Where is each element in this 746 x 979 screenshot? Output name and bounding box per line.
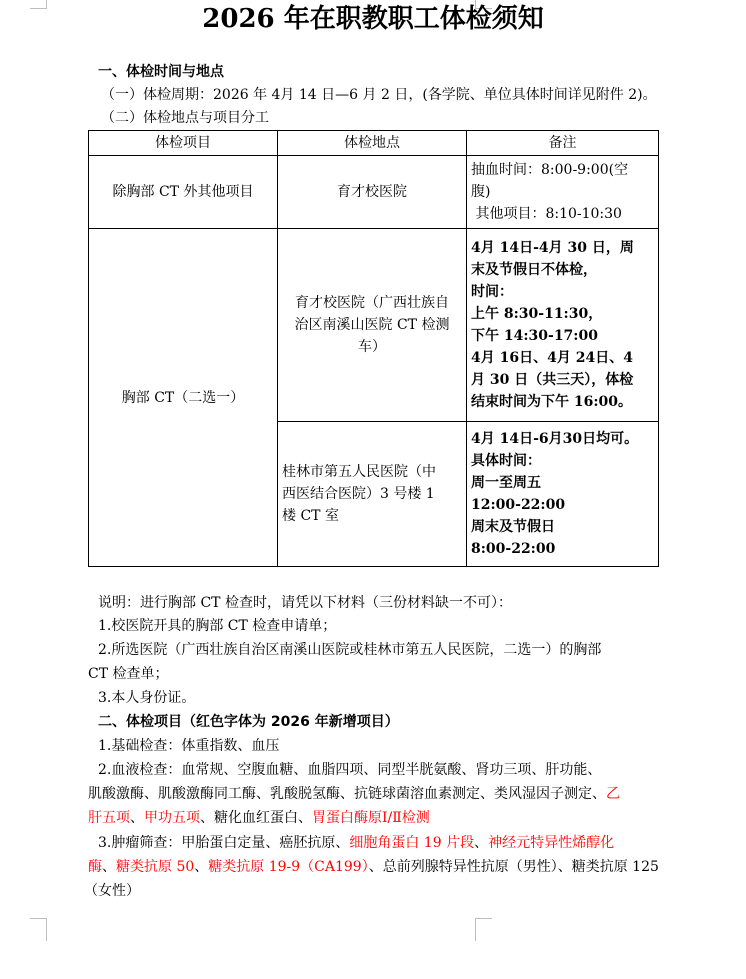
location-line: 桂林市第五人民医院（中	[282, 461, 462, 483]
note-line: 其他项目：8:10-10:30	[471, 203, 654, 225]
new-item-text: 酶	[88, 859, 102, 875]
table-row: 胸部 CT（二选一） 育才校医院（广西壮族自 治区南溪山医院 CT 检测 车） …	[89, 229, 659, 422]
note-line: 8:00-22:00	[471, 538, 654, 560]
note-line: 周一至周五	[471, 472, 654, 494]
note-line: 上午 8:30-11:30，	[471, 303, 654, 325]
notes-cell: 4月 14日-4月 30 日，周 末及节假日不体检， 时间： 上午 8:30-1…	[467, 229, 659, 422]
note-line: 4月 14日-6月30日均可。	[471, 428, 654, 450]
exam-period: （一）体检周期：2026 年 4月 14 日—6 月 2 日，(各学院、单位具体…	[101, 84, 657, 106]
note-line: 结束时间为下午 16:00。	[471, 391, 654, 413]
header-cell: 备注	[467, 131, 659, 156]
note-line: 周末及节假日	[471, 516, 654, 538]
note-line: 下午 14:30-17:00	[471, 325, 654, 347]
ct-material-item: 2.所选医院（广西壮族自治区南溪山医院或桂林市第五人民医院，二选一）的胸部	[98, 639, 601, 661]
note-line: 时间：	[471, 281, 654, 303]
new-item-text: 甲功五项	[144, 810, 200, 826]
exam-item-cell: 胸部 CT（二选一）	[89, 229, 278, 567]
location-line: 治区南溪山医院 CT 检测	[282, 314, 462, 336]
note-line: 4月 14日-4月 30 日，周	[471, 237, 654, 259]
new-item-text: 神经元特异性烯醇化	[488, 835, 614, 851]
new-item-text: 肝五项	[88, 810, 130, 826]
note-line: 4月 16日、4月 24日、4	[471, 347, 654, 369]
exam-location-cell: 育才校医院	[278, 156, 467, 229]
new-item-text: 胃蛋白酶原Ⅰ/Ⅱ检测	[312, 810, 430, 826]
section1-heading: 一、体检时间与地点	[98, 61, 224, 83]
new-item-text: 细胞角蛋白 19 片段	[349, 835, 474, 851]
location-line: 楼 CT 室	[282, 505, 462, 527]
table-row: 除胸部 CT 外其他项目 育才校医院 抽血时间：8:00-9:00(空 腹) 其…	[89, 156, 659, 229]
notes-cell: 4月 14日-6月30日均可。 具体时间： 周一至周五 12:00-22:00 …	[467, 422, 659, 567]
location-line: 车）	[282, 336, 462, 358]
note-line: 抽血时间：8:00-9:00(空	[471, 159, 654, 181]
blood-exam-line: 肌酸激酶、肌酸激酶同工酶、乳酸脱氢酶、抗链球菌溶血素测定、类风湿因子测定、乙	[88, 783, 620, 805]
note-line: 月 30 日（共三天），体检	[471, 369, 654, 391]
new-item-text: 糖类抗原 50	[116, 859, 194, 875]
table-header-row: 体检项目 体检地点 备注	[89, 131, 659, 156]
tumor-screen-line: 酶、糖类抗原 50、糖类抗原 19-9（CA199）、总前列腺特异性抗原（男性）…	[88, 856, 659, 878]
note-line: 12:00-22:00	[471, 494, 654, 516]
exam-location-table: 体检项目 体检地点 备注 除胸部 CT 外其他项目 育才校医院 抽血时间：8:0…	[88, 130, 659, 567]
exam-item-cell: 除胸部 CT 外其他项目	[89, 156, 278, 229]
exam-location-cell: 育才校医院（广西壮族自 治区南溪山医院 CT 检测 车）	[278, 229, 467, 422]
section2-heading: 二、体检项目（红色字体为 2026 年新增项目）	[98, 711, 399, 733]
new-item-text: 糖类抗原 19-9（CA199）	[208, 859, 368, 875]
page-corner-mark	[475, 918, 492, 941]
header-cell: 体检地点	[278, 131, 467, 156]
blood-exam-line: 2.血液检查：血常规、空腹血糖、血脂四项、同型半胱氨酸、肾功三项、肝功能、	[98, 759, 601, 781]
section1-subheading: （二）体检地点与项目分工	[101, 107, 269, 129]
ct-material-item: 1.校医院开具的胸部 CT 检查申请单；	[98, 615, 336, 637]
document-title: 2026 年在职教职工体检须知	[0, 0, 746, 38]
blood-exam-line: 肝五项、甲功五项、糖化血红蛋白、胃蛋白酶原Ⅰ/Ⅱ检测	[88, 807, 430, 829]
new-item-text: 乙	[606, 786, 620, 802]
basic-exam-item: 1.基础检查：体重指数、血压	[98, 735, 279, 757]
exam-location-cell: 桂林市第五人民医院（中 西医结合医院）3 号楼 1 楼 CT 室	[278, 422, 467, 567]
ct-material-item-cont: CT 检查单；	[88, 663, 169, 685]
note-line: 具体时间：	[471, 450, 654, 472]
notes-cell: 抽血时间：8:00-9:00(空 腹) 其他项目：8:10-10:30	[467, 156, 659, 229]
ct-material-item: 3.本人身份证。	[98, 687, 195, 709]
tumor-screen-line: 3.肿瘤筛查：甲胎蛋白定量、癌胚抗原、细胞角蛋白 19 片段、神经元特异性烯醇化	[98, 832, 614, 854]
tumor-screen-line: （女性）	[84, 880, 140, 902]
note-line: 末及节假日不体检，	[471, 259, 654, 281]
page-corner-mark	[30, 918, 47, 941]
header-cell: 体检项目	[89, 131, 278, 156]
location-line: 育才校医院（广西壮族自	[282, 292, 462, 314]
ct-materials-intro: 说明：进行胸部 CT 检查时，请凭以下材料（三份材料缺一不可）：	[98, 592, 512, 614]
note-line: 腹)	[471, 181, 654, 203]
location-line: 西医结合医院）3 号楼 1	[282, 483, 462, 505]
